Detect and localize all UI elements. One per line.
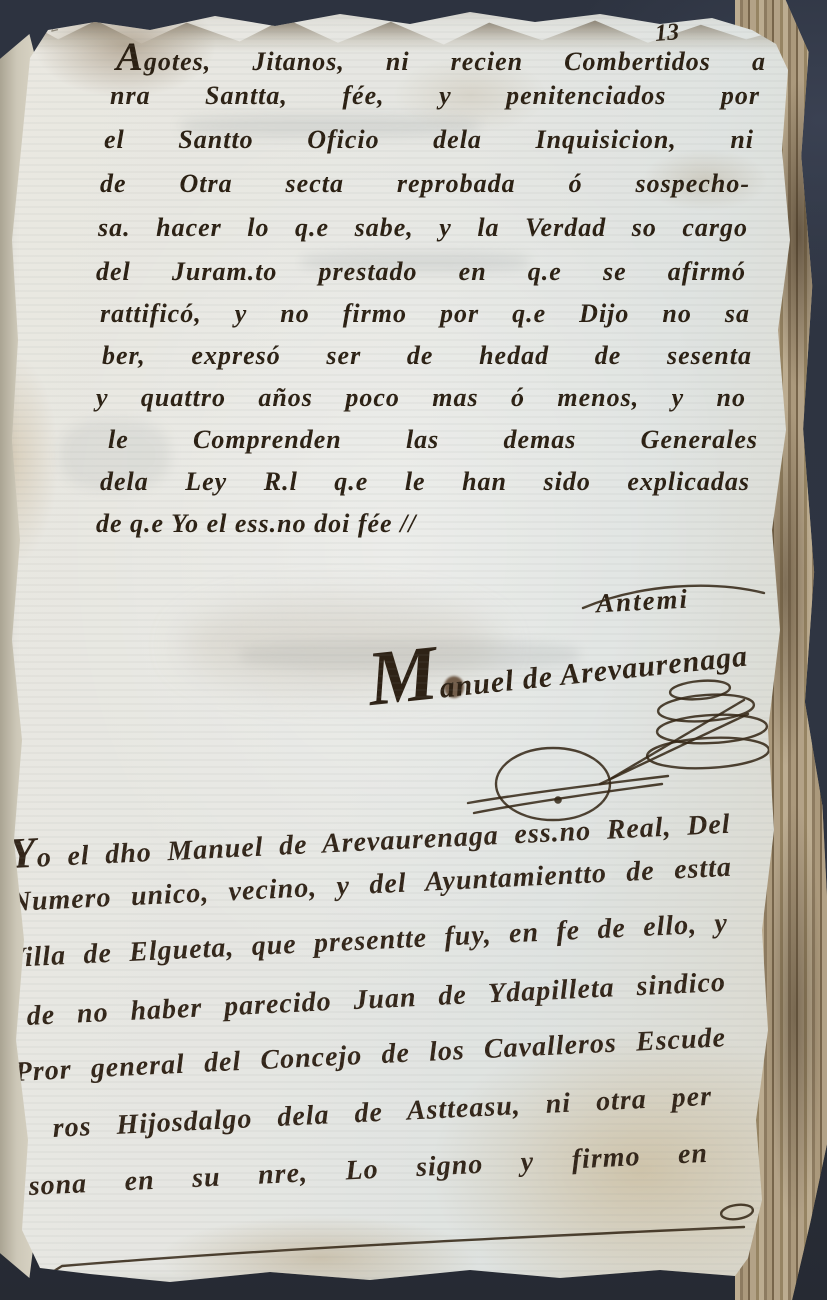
manuscript-line: dela Ley R.l q.e le han sido explicadas <box>100 468 750 502</box>
margin-mark: 2 <box>48 15 61 36</box>
manuscript-line: ros Hijosdalgo dela de Astteasu, ni otra… <box>52 1082 713 1148</box>
manuscript-line: nra Santta, fée, y penitenciados por <box>110 82 760 116</box>
manuscript-line: Villa de Elgueta, que presentte fuy, en … <box>6 909 729 978</box>
manuscript-line: del Juram.to prestado en q.e se afirmó <box>96 258 746 292</box>
signature-rubric-loop <box>657 692 755 725</box>
signature-rubric-stroke <box>600 714 748 784</box>
signature-rubric-loop <box>656 712 767 746</box>
manuscript-line: sona en su nre, Lo signo y firmo en <box>28 1139 709 1206</box>
manuscript-line: Pror general del Concejo de los Cavaller… <box>14 1023 727 1092</box>
signature-rubric-loop <box>646 735 769 771</box>
manuscript-line: Agotes, Jitanos, ni recien Combertidos a <box>116 36 766 70</box>
manuscript-line: de q.e Yo el ess.no doi fée // <box>96 510 746 537</box>
manuscript-line: de Otra secta reprobada ó sospecho- <box>100 170 750 204</box>
manuscript-line: le Comprenden las demas Generales <box>108 426 758 460</box>
manuscript-line: Yo el dho Manuel de Arevaurenaga ess.no … <box>8 797 731 866</box>
manuscript-line: y quattro años poco mas ó menos, y no <box>96 384 746 418</box>
manuscript-photo: 2 13 Agotes, Jitanos, ni recien Comberti… <box>0 0 827 1300</box>
closing-flourish-loop <box>720 1203 754 1221</box>
manuscript-page: 2 13 Agotes, Jitanos, ni recien Comberti… <box>0 0 827 1300</box>
manuscript-line: de no haber parecido Juan de Ydapilleta … <box>26 968 727 1036</box>
manuscript-line: sa. hacer lo q.e sabe, y la Verdad so ca… <box>98 214 748 248</box>
signature-rubric-stroke <box>468 776 668 803</box>
signature-rubric-stroke <box>612 700 744 778</box>
notary-signature-name: Manuel de Arevaurenaga <box>364 601 750 718</box>
closing-flourish-line <box>46 1227 744 1276</box>
manuscript-line: ber, expresó ser de hedad de sesenta <box>102 342 752 376</box>
signature-rubric-dot <box>555 797 560 802</box>
manuscript-line: el Santto Oficio dela Inquisicion, ni <box>104 126 754 160</box>
manuscript-line: rattificó, y no firmo por q.e Dijo no sa <box>100 300 750 334</box>
